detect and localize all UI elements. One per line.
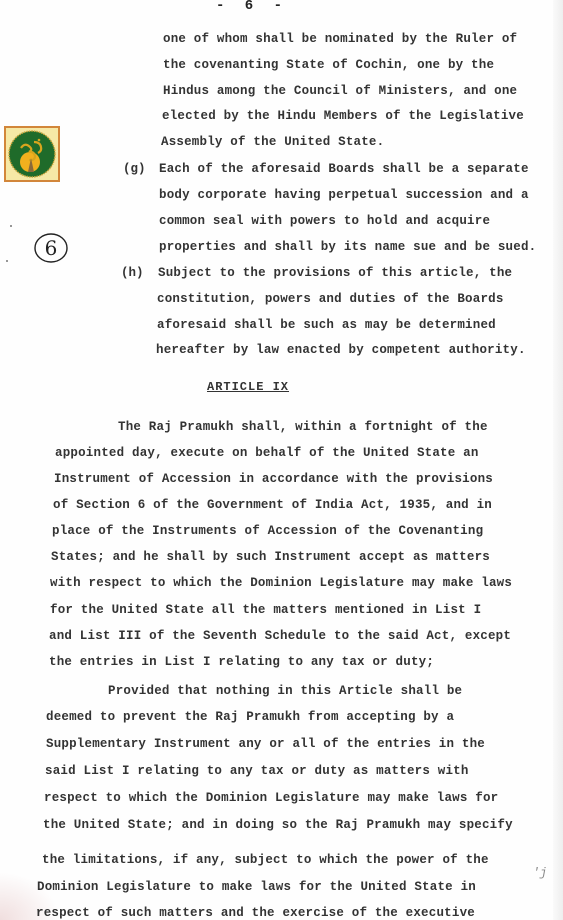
speck xyxy=(6,260,8,262)
article-text-line: with respect to which the Dominion Legis… xyxy=(50,576,512,590)
article-text-line: for the United State all the matters men… xyxy=(50,603,481,617)
clause-h-line: aforesaid shall be such as may be determ… xyxy=(157,318,496,332)
text-line: the covenanting State of Cochin, one by … xyxy=(163,58,494,72)
article-text-line: Instrument of Accession in accordance wi… xyxy=(54,472,493,486)
article-text-line: The Raj Pramukh shall, within a fortnigh… xyxy=(118,420,488,434)
clause-h-line: constitution, powers and duties of the B… xyxy=(157,292,504,306)
article-text-line: respect of such matters and the exercise… xyxy=(36,906,475,920)
article-text-line: said List I relating to any tax or duty … xyxy=(45,764,469,778)
clause-label-h: (h) xyxy=(121,266,144,280)
handwritten-circled-six-annotation: 6 xyxy=(32,230,70,266)
clause-g-line: properties and shall by its name sue and… xyxy=(159,240,536,254)
article-text-line: and List III of the Seventh Schedule to … xyxy=(49,629,511,643)
text-line: Hindus among the Council of Ministers, a… xyxy=(163,84,517,98)
margin-mark: 'j xyxy=(533,866,547,880)
clause-h-line: Subject to the provisions of this articl… xyxy=(158,266,512,280)
page-number: - 6 - xyxy=(216,0,288,14)
text-line: Assembly of the United State. xyxy=(161,135,384,149)
clause-g-line: body corporate having perpetual successi… xyxy=(159,188,529,202)
article-text-line: appointed day, execute on behalf of the … xyxy=(55,446,479,460)
article-text-line: respect to which the Dominion Legislatur… xyxy=(44,791,498,805)
article-heading: ARTICLE IX xyxy=(207,380,289,394)
article-text-line: States; and he shall by such Instrument … xyxy=(51,550,490,564)
article-text-line: the entries in List I relating to any ta… xyxy=(49,655,434,669)
document-page: - 6 - 6 one of whom shall be nominated b… xyxy=(0,0,563,920)
article-text-line: the United State; and in doing so the Ra… xyxy=(43,818,513,832)
text-line: one of whom shall be nominated by the Ru… xyxy=(163,32,517,46)
article-text-line: Supplementary Instrument any or all of t… xyxy=(46,737,485,751)
article-text-line: place of the Instruments of Accession of… xyxy=(52,524,483,538)
article-text-line: the limitations, if any, subject to whic… xyxy=(42,853,489,867)
clause-g-line: common seal with powers to hold and acqu… xyxy=(159,214,490,228)
article-text-line: of Section 6 of the Government of India … xyxy=(53,498,492,512)
clause-g-line: Each of the aforesaid Boards shall be a … xyxy=(159,162,529,176)
clause-h-line: hereafter by law enacted by competent au… xyxy=(156,343,526,357)
om-emblem-logo xyxy=(4,126,60,182)
text-line: elected by the Hindu Members of the Legi… xyxy=(162,109,524,123)
article-text-line: deemed to prevent the Raj Pramukh from a… xyxy=(46,710,454,724)
article-text-line: Provided that nothing in this Article sh… xyxy=(108,684,462,698)
speck xyxy=(10,225,12,227)
clause-label-g: (g) xyxy=(123,162,146,176)
page-edge-shadow xyxy=(553,0,563,920)
article-text-line: Dominion Legislature to make laws for th… xyxy=(37,880,476,894)
om-emblem-icon xyxy=(6,128,58,180)
svg-text:6: 6 xyxy=(45,236,58,260)
